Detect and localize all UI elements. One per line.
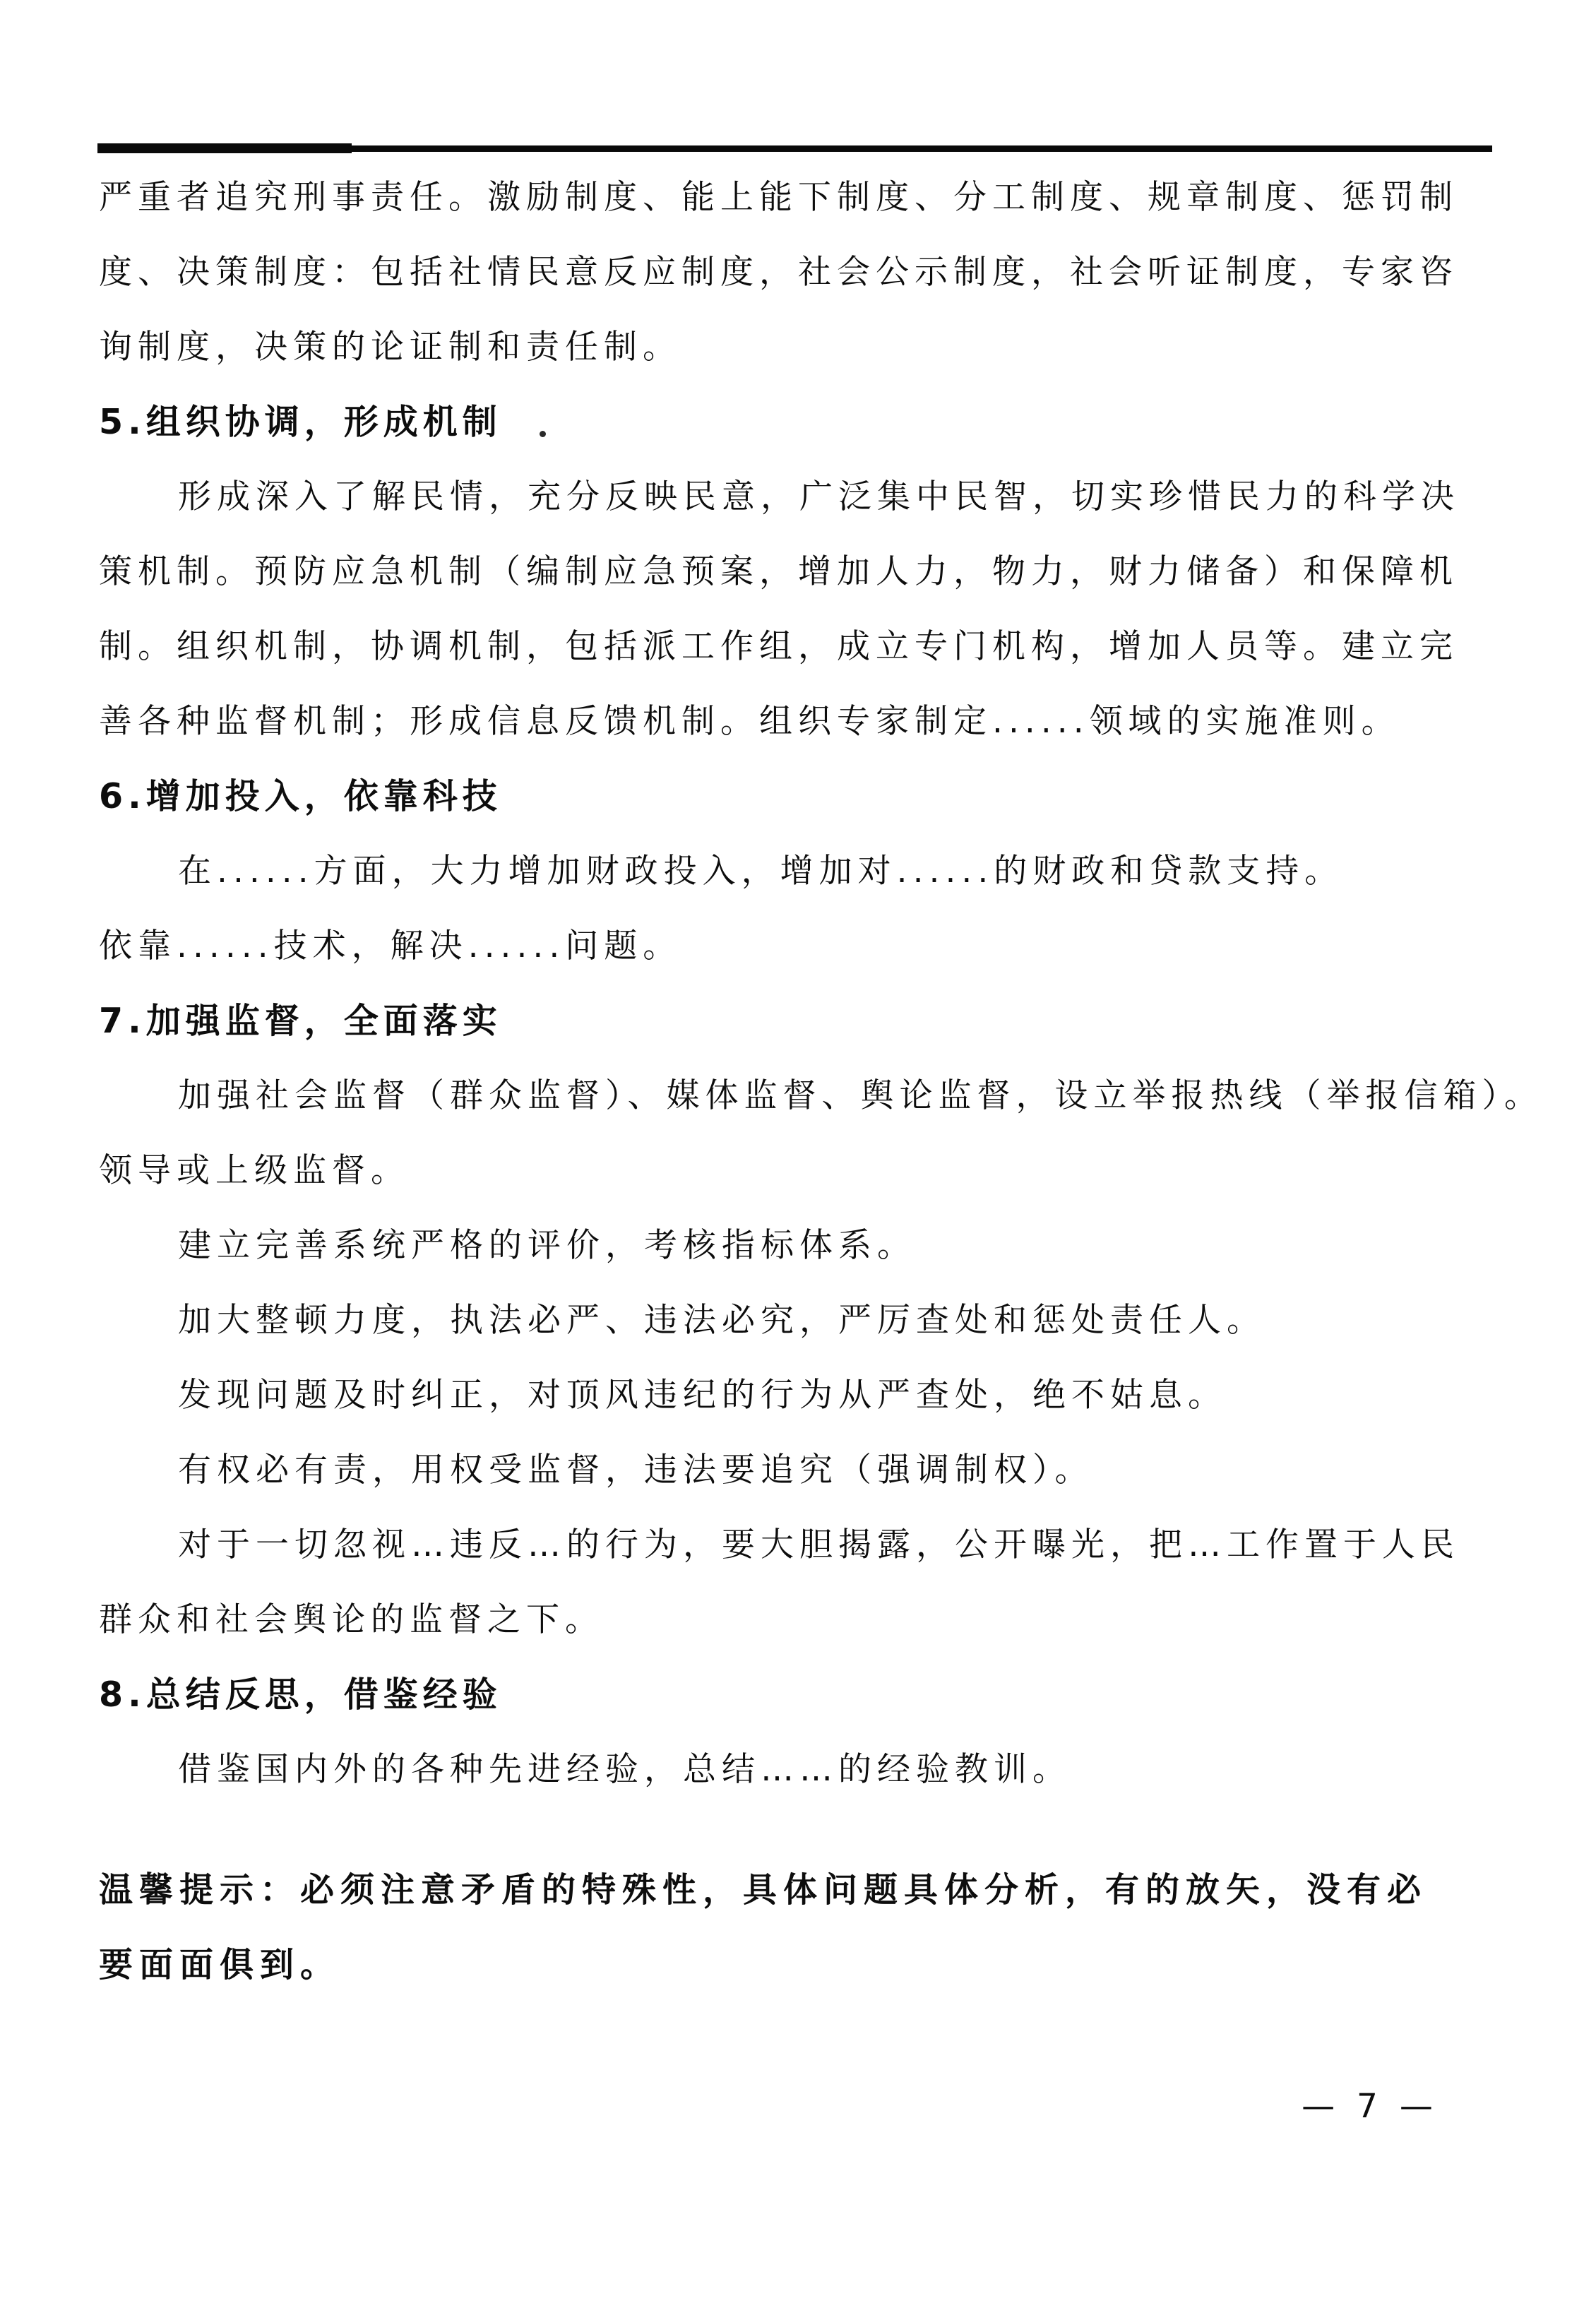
text-line: 对于一切忽视…违反…的行为，要大胆揭露，公开曝光，把…工作置于人民 [99, 1508, 1499, 1583]
section-heading: 6.增加投入，依靠科技 [99, 759, 1499, 834]
scanned-document-page: { "document": { "page_number": "— 7 —", … [0, 0, 1596, 2308]
text-line: 借鉴国内外的各种先进经验，总结……的经验教训。 [99, 1732, 1499, 1807]
text-line: 形成深入了解民情，充分反映民意，广泛集中民智，切实珍惜民力的科学决 [99, 460, 1499, 535]
text-line: 度、决策制度：包括社情民意反应制度，社会公示制度，社会听证制度，专家咨 [99, 235, 1499, 310]
text-line: 依靠......技术，解决......问题。 [99, 909, 1499, 984]
page-number: — 7 — [1278, 2083, 1462, 2130]
section-heading: 5.组织协调，形成机制 [99, 385, 1499, 460]
text-line: 加大整顿力度，执法必严、违法必究，严厉查处和惩处责任人。 [99, 1283, 1499, 1358]
text-line: 有权必有责，用权受监督，违法要追究（强调制权）。 [99, 1433, 1499, 1508]
header-rule-line-thick-segment [97, 143, 352, 153]
text-line: 领导或上级监督。 [99, 1134, 1499, 1208]
text-line: 严重者追究刑事责任。激励制度、能上能下制度、分工制度、规章制度、惩罚制 [99, 160, 1499, 235]
text-line: 发现问题及时纠正，对顶风违纪的行为从严查处，绝不姑息。 [99, 1358, 1499, 1433]
text-line: 询制度，决策的论证制和责任制。 [99, 310, 1499, 385]
section-heading: 8.总结反思，借鉴经验 [99, 1658, 1499, 1732]
paragraph-gap [99, 1807, 1499, 1852]
text-line: 善各种监督机制；形成信息反馈机制。组织专家制定......领域的实施准则。 [99, 684, 1499, 759]
document-lines: 严重者追究刑事责任。激励制度、能上能下制度、分工制度、规章制度、惩罚制度、决策制… [99, 160, 1499, 2002]
note-line: 要面面俱到。 [99, 1927, 1499, 2002]
text-line: 在......方面，大力增加财政投入，增加对......的财政和贷款支持。 [99, 834, 1499, 909]
text-line: 策机制。预防应急机制（编制应急预案，增加人力，物力，财力储备）和保障机 [99, 535, 1499, 609]
note-line: 温馨提示：必须注意矛盾的特殊性，具体问题具体分析，有的放矢，没有必 [99, 1852, 1499, 1927]
section-heading: 7.加强监督，全面落实 [99, 984, 1499, 1059]
text-line: 制。组织机制，协调机制，包括派工作组，成立专门机构，增加人员等。建立完 [99, 609, 1499, 684]
text-line: 加强社会监督（群众监督）、媒体监督、舆论监督，设立举报热线（举报信箱）。 [99, 1059, 1499, 1134]
text-line: 建立完善系统严格的评价，考核指标体系。 [99, 1208, 1499, 1283]
text-line: 群众和社会舆论的监督之下。 [99, 1583, 1499, 1658]
